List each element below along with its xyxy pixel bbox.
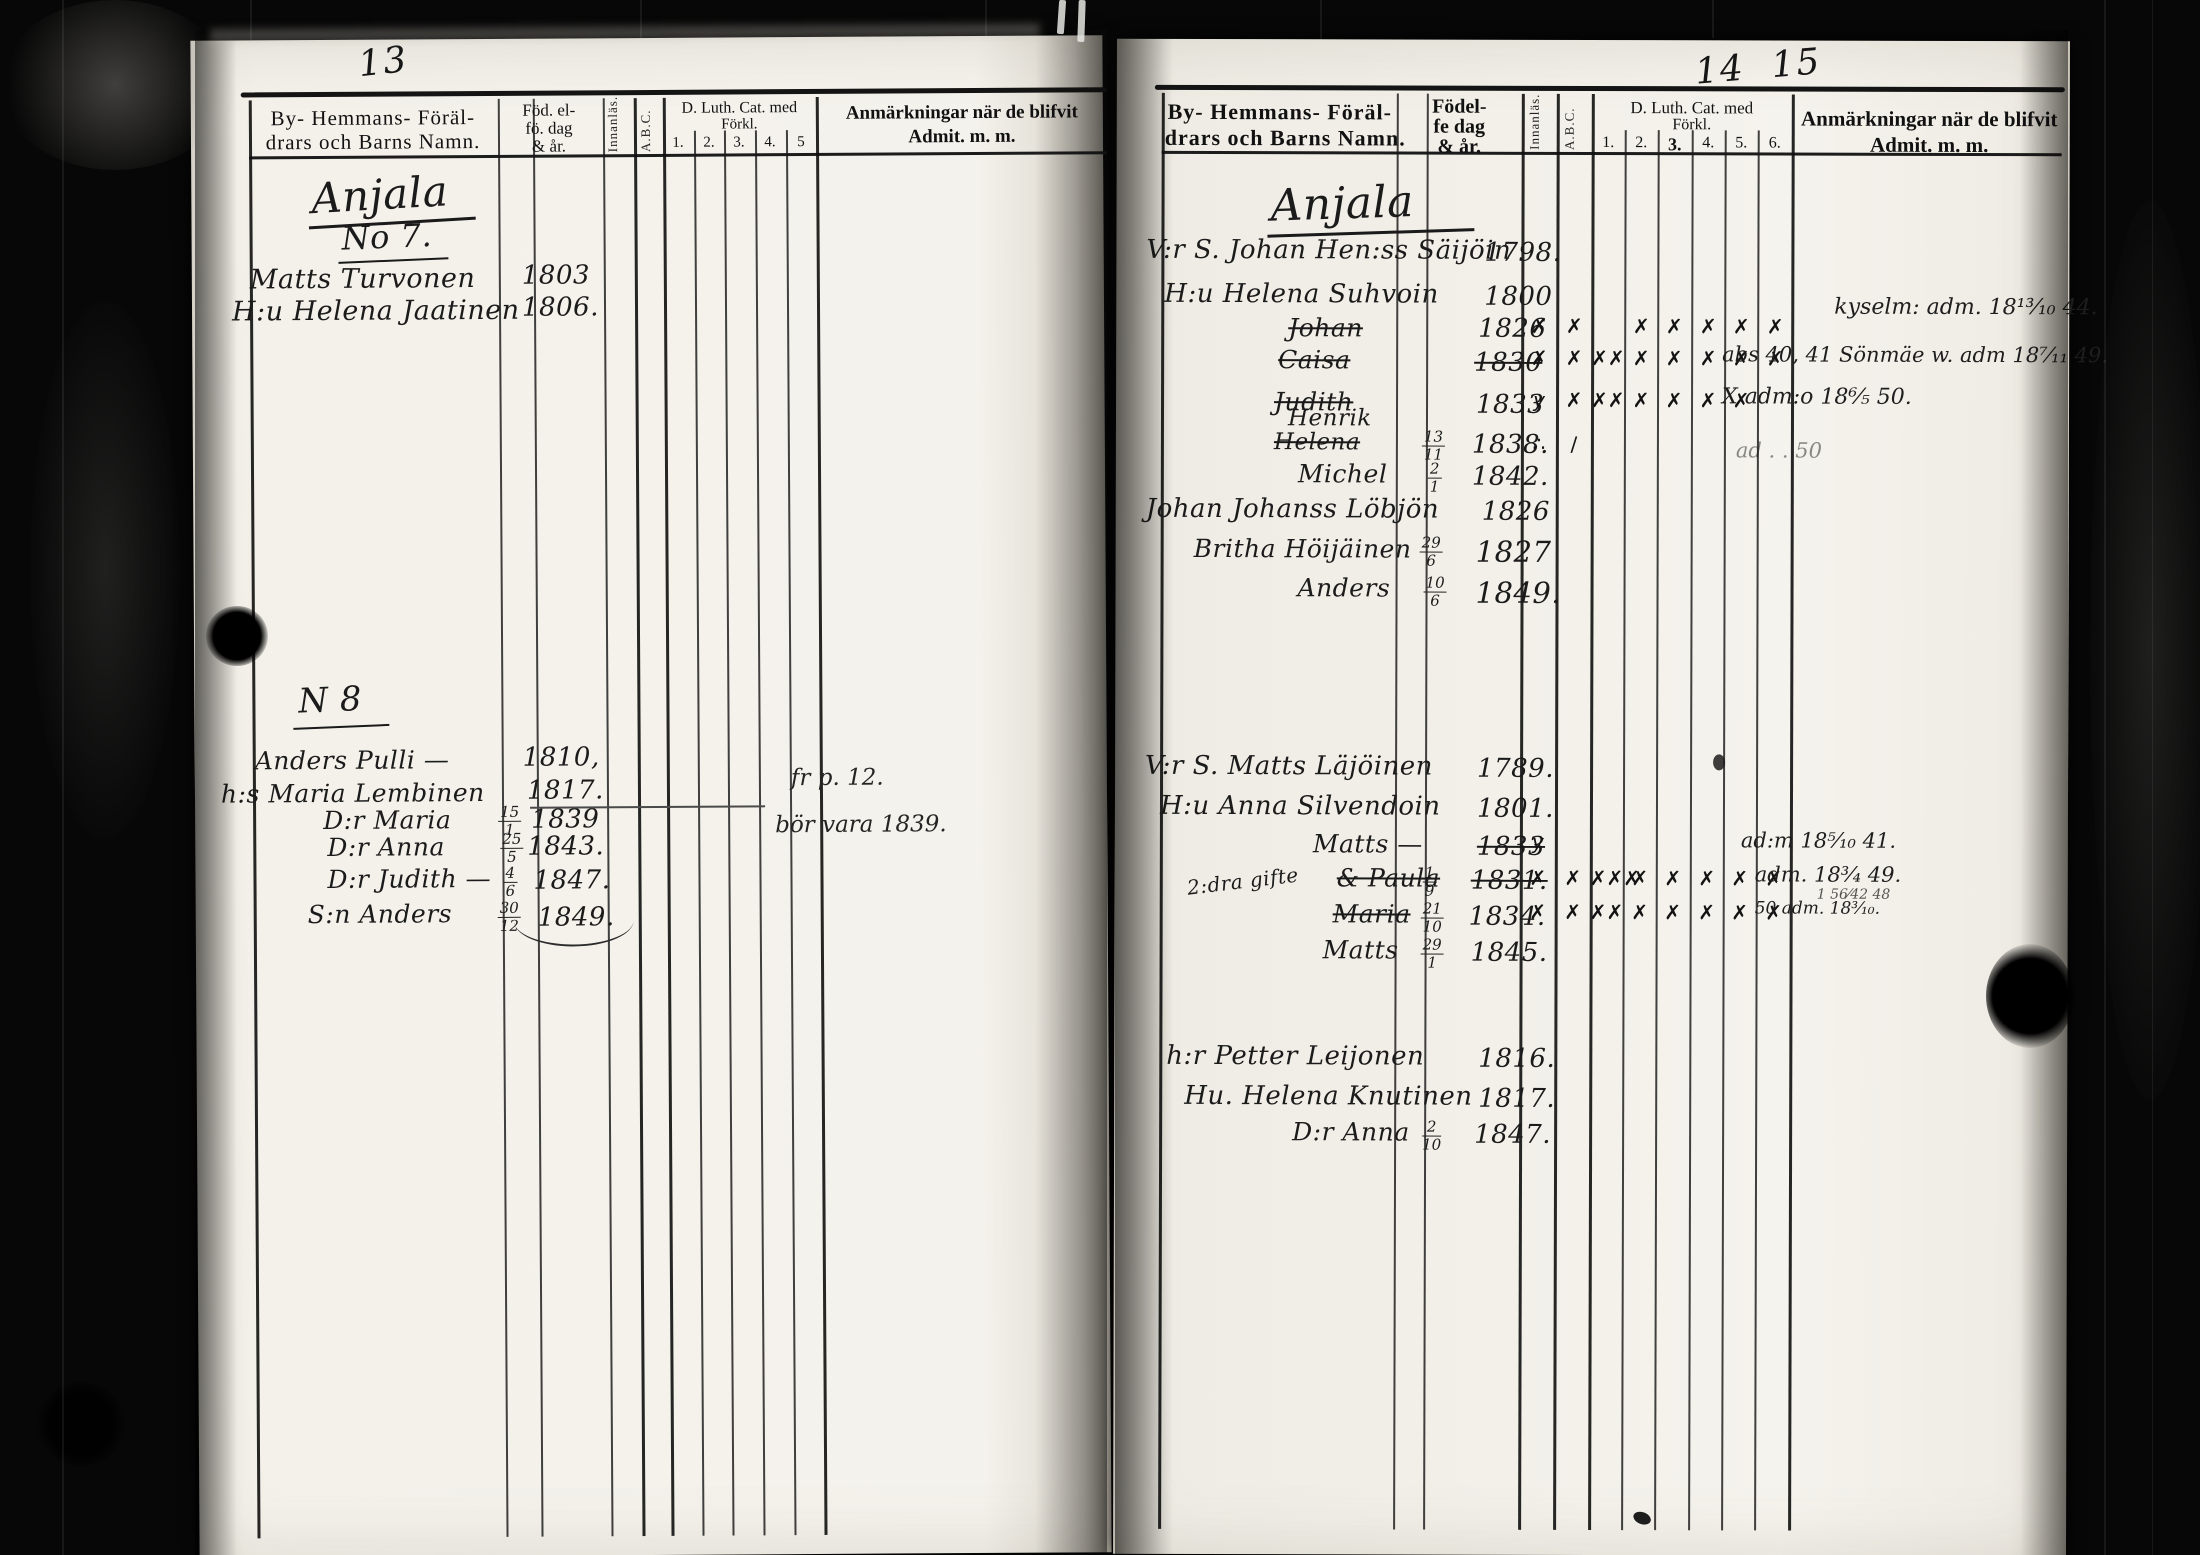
header-abc-col: A.B.C.	[638, 100, 654, 152]
header-name-col: drars och Barns Namn.	[1165, 125, 1395, 152]
cat-mark: ✗	[1724, 900, 1756, 924]
column-rule	[1688, 130, 1694, 1530]
record-year: 1843.	[527, 831, 604, 861]
ink-blot	[1713, 754, 1725, 770]
record-birthdate: 2 1	[1428, 462, 1442, 495]
cat-mark: ✗	[1658, 314, 1690, 338]
right-page: 14 15 By- Hemmans- Föräl- drars och Barn…	[1113, 39, 2070, 1555]
record-name: Johan	[1288, 313, 1363, 342]
record-name: Matts Turvonen	[250, 263, 476, 295]
column-rule	[1721, 130, 1727, 1530]
record-name: h:s Maria Lembinen	[221, 778, 485, 809]
cat-mark: ✗	[1557, 900, 1589, 924]
cat-mark: ✗	[1724, 866, 1756, 890]
column-rule	[663, 98, 675, 1536]
header-remarks-col: Admit. m. m.	[821, 125, 1103, 149]
cat-mark: ✗	[1657, 900, 1689, 924]
cat-mark: y	[1523, 388, 1555, 412]
cat-mark: ✗	[1522, 866, 1554, 890]
cat-mark: ✗	[1692, 388, 1724, 412]
cat-mark: ✗	[1522, 900, 1554, 924]
record-name: Matts	[1323, 935, 1399, 964]
marriage-note: 2:dra gifte	[1186, 862, 1300, 899]
cat-mark: ✗	[1558, 314, 1590, 338]
margin-note: bör vara 1839.	[775, 811, 947, 838]
record-year: 1800	[1484, 282, 1552, 312]
column-rule	[1553, 94, 1560, 1530]
header-name-col: drars och Barns Namn.	[253, 129, 493, 155]
cat-mark: ✗	[1558, 388, 1590, 412]
admission-note: X adm:o 18⁶⁄₅ 50.	[1722, 384, 1912, 409]
record-year: 1801.	[1477, 794, 1554, 824]
record-year: 1849.	[1475, 576, 1561, 610]
cat-mark: ✗	[1691, 866, 1723, 890]
record-name: V:r S. Matts Läjöinen	[1145, 751, 1433, 782]
record-name: V:r S. Johan Hen:ss Säijöin	[1146, 235, 1511, 266]
record-name: D:r Anna	[1292, 1117, 1410, 1146]
cat-mark: ✗	[1625, 314, 1657, 338]
record-name: Anders	[1298, 573, 1391, 602]
film-grain-patch	[2090, 200, 2200, 1100]
cat-mark: ✗	[1657, 866, 1689, 890]
record-year: 1798.	[1484, 238, 1561, 268]
header-cat-sub: 3.	[1658, 134, 1692, 155]
record-year: 1845.	[1471, 938, 1548, 968]
column-rule	[694, 131, 705, 1536]
cat-mark: ✗	[1625, 388, 1657, 412]
record-year: 1827	[1476, 535, 1552, 569]
column-rule	[1654, 130, 1660, 1530]
cat-mark: ∕	[1558, 432, 1590, 456]
cat-mark: ✗	[1557, 866, 1589, 890]
admission-note: ad . . 50	[1736, 438, 1822, 462]
record-year: 1803	[522, 260, 590, 290]
cat-mark: ✗	[1523, 314, 1555, 338]
header-reading-col: Innanläs.	[1527, 98, 1543, 150]
record-year: 1842.	[1472, 462, 1549, 492]
admission-note: 50 adm. 18³⁄₁₀.	[1755, 898, 1880, 918]
cat-mark: y	[1522, 830, 1554, 854]
margin-note: fr p. 12.	[791, 765, 884, 792]
cat-mark: ✗	[1725, 314, 1757, 338]
header-cat-sub: 3.	[724, 134, 754, 151]
header-remarks-col: Anmärkningar när de blifvit	[1797, 107, 2062, 133]
record-birthdate: 4 6	[503, 866, 517, 899]
header-cat-sub: 1.	[663, 135, 693, 152]
record-name: D:r Anna	[327, 832, 445, 862]
film-scratch	[62, 0, 64, 1555]
record-name: Henrik	[1288, 405, 1372, 431]
record-birthdate: 13 11	[1422, 430, 1445, 463]
record-birthdate: 1 9	[1423, 866, 1437, 899]
film-grain-patch	[30, 300, 180, 840]
record-name: H:u Helena Suhvoin	[1164, 279, 1438, 310]
record-year: 1839	[531, 804, 599, 834]
household-number: No 7.	[337, 215, 449, 263]
village-heading: Anjala	[1266, 174, 1475, 238]
film-scratch	[250, 0, 252, 40]
cat-mark: ✗	[1624, 900, 1656, 924]
column-rule	[724, 131, 735, 1536]
film-scratch	[985, 0, 987, 36]
household-number: N 8	[291, 678, 389, 730]
record-birthdate: 21 10	[1421, 902, 1444, 935]
film-pen-mark	[1057, 0, 1066, 34]
record-name: D:r Maria	[323, 805, 451, 835]
cat-mark: ✗	[1624, 866, 1656, 890]
cat-mark: ✗✗	[1590, 900, 1622, 924]
header-cat-sub: 6.	[1758, 134, 1792, 152]
record-birthdate: 29 6	[1420, 536, 1443, 569]
header-name-col: By- Hemmans- Föräl-	[1165, 99, 1395, 126]
film-scratch	[1320, 0, 1322, 40]
record-year: 1810,	[523, 742, 600, 772]
header-top-rule	[1155, 85, 2065, 92]
column-rule	[634, 98, 646, 1536]
header-remarks-col: Anmärkningar när de blifvit	[821, 101, 1103, 125]
record-name: Johan Johanss Löbjön	[1146, 494, 1439, 525]
page-number-right: 14 15	[1693, 41, 1823, 93]
record-birthdate: 29 1	[1421, 938, 1444, 971]
header-birth-col: & år.	[1402, 136, 1517, 159]
cat-mark: ✗✗	[1591, 388, 1623, 412]
header-cat-col: D. Luth. Cat. med	[663, 99, 816, 118]
cat-mark: ✗	[1658, 388, 1690, 412]
record-name: Michel	[1298, 459, 1388, 488]
record-year: 1826	[1482, 497, 1550, 527]
record-year: 1847.	[1474, 1120, 1551, 1150]
record-name: H:u Helena Jaatinen	[232, 295, 520, 328]
film-scratch	[2104, 0, 2106, 1555]
archive-film-scan: 13 By- Hemmans- Föräl- drars och Barns N…	[0, 0, 2200, 1555]
record-name: Anders Pulli —	[255, 745, 450, 775]
film-blob	[36, 1382, 126, 1466]
record-birthdate: 25 5	[500, 832, 523, 865]
cat-mark: ✗	[1625, 346, 1657, 370]
header-name-col: By- Hemmans- Föräl-	[253, 105, 493, 131]
column-rule	[603, 98, 614, 1536]
record-name: H:u Anna Silvendoin	[1160, 791, 1441, 822]
record-year: 1806.	[522, 292, 599, 322]
ink-blot	[1632, 1509, 1653, 1526]
admission-note: abs 40, 41 Sönmäe w. adm 18⁷⁄₁₁ 49.	[1722, 342, 2108, 367]
column-rule	[1621, 130, 1627, 1530]
record-year: 1816.	[1478, 1044, 1555, 1074]
record-year: 1817.	[1478, 1084, 1555, 1114]
cat-mark: ✗✗✗	[1590, 866, 1622, 890]
column-rule	[755, 130, 766, 1535]
cat-mark: ✗✗	[1591, 346, 1623, 370]
record-name-struck: Helena	[1274, 429, 1360, 455]
cat-mark: ✗	[1692, 346, 1724, 370]
header-abc-col: A.B.C.	[1562, 98, 1578, 150]
record-name: h:r Petter Leijonen	[1166, 1041, 1424, 1072]
record-year: 1789.	[1477, 754, 1554, 784]
cat-mark: ✗	[1692, 314, 1724, 338]
column-rule	[1788, 95, 1795, 1531]
film-scratch	[2152, 0, 2153, 1555]
page-number-left: 13	[356, 39, 410, 85]
header-cat-sub: 1.	[1592, 134, 1625, 152]
admission-note: ad:m 18⁵⁄₁₀ 41.	[1741, 828, 1896, 852]
cat-mark: ✗	[1558, 346, 1590, 370]
cat-mark: ∴	[1523, 432, 1555, 456]
header-cat-col: Förkl.	[663, 116, 816, 134]
header-remarks-col: Admit. m. m.	[1797, 133, 2062, 159]
film-scratch	[1712, 0, 1714, 38]
header-cat-sub: 2.	[1625, 134, 1658, 152]
header-cat-sub: 4.	[755, 134, 785, 151]
pen-flourish	[514, 918, 634, 947]
cat-mark: ✗	[1691, 900, 1723, 924]
header-top-rule	[241, 87, 1107, 97]
record-name: Matts —	[1313, 829, 1423, 858]
header-cat-sub: 5.	[1725, 134, 1758, 152]
record-name: S:n Anders	[308, 899, 453, 929]
record-name: Caisa	[1278, 345, 1350, 374]
header-reading-col: Innanläs.	[605, 100, 621, 152]
header-cat-sub: 4.	[1692, 134, 1725, 152]
admission-note: adm. 18³⁄₄ 49.	[1755, 862, 1901, 886]
record-name: Hu. Helena Knutinen	[1184, 1081, 1472, 1112]
left-page: 13 By- Hemmans- Föräl- drars och Barns N…	[190, 35, 1111, 1555]
film-scratch	[640, 0, 642, 38]
record-name: Britha Höijäinen	[1194, 534, 1412, 564]
record-birthdate: 2 10	[1422, 1120, 1441, 1153]
cat-mark: ✗	[1658, 346, 1690, 370]
record-year: 1847.	[533, 865, 610, 895]
record-birthdate: 10 6	[1423, 576, 1446, 609]
header-birth-col: & år.	[498, 136, 600, 157]
admission-note: kyselm: adm. 18¹³⁄₁₀ 44.	[1834, 295, 2097, 321]
record-year: 1817.	[527, 775, 604, 805]
record-name: D:r Judith —	[327, 864, 491, 894]
header-cat-sub: 2.	[694, 135, 724, 152]
column-rule	[1588, 94, 1595, 1530]
cat-mark: ✗	[1759, 314, 1791, 338]
header-cat-sub: 5	[786, 134, 816, 151]
record-name: Maria	[1333, 899, 1411, 928]
cat-mark: ✗	[1523, 346, 1555, 370]
